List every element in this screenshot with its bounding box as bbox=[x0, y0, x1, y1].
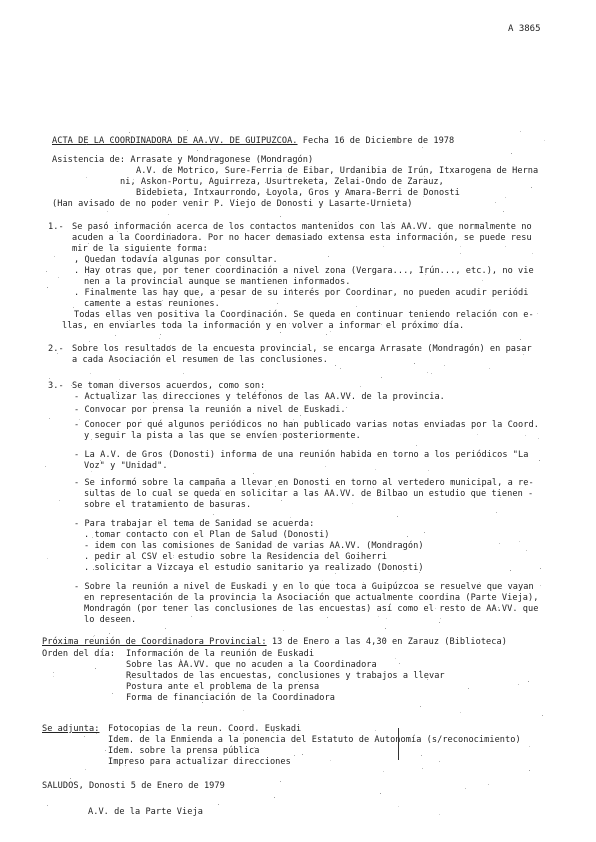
scan-noise bbox=[170, 345, 171, 346]
scan-noise bbox=[270, 192, 271, 193]
scan-noise bbox=[496, 512, 497, 513]
scan-noise bbox=[431, 373, 432, 374]
scan-noise bbox=[363, 582, 364, 583]
scan-noise bbox=[544, 140, 545, 141]
scan-noise bbox=[47, 558, 48, 559]
scan-noise bbox=[505, 197, 506, 198]
scan-noise bbox=[170, 233, 171, 234]
scan-noise bbox=[101, 356, 102, 357]
scan-noise bbox=[173, 555, 174, 556]
scan-noise bbox=[414, 363, 415, 364]
scan-noise bbox=[300, 184, 301, 185]
scan-noise bbox=[86, 144, 87, 145]
next-meeting-label: Próxima reunión de Coordinadora Provinci… bbox=[42, 637, 267, 647]
closing-salutation: SALUDOS, Donosti 5 de Enero de 1979 bbox=[42, 781, 225, 791]
scan-noise bbox=[373, 487, 374, 488]
item-1-line: mir de la siguiente forma: bbox=[72, 244, 208, 254]
scan-noise bbox=[125, 765, 126, 766]
scan-noise bbox=[159, 338, 160, 339]
scan-noise bbox=[109, 633, 110, 634]
scan-noise bbox=[498, 494, 499, 495]
item-3-bullet: - Actualizar las direcciones y teléfonos… bbox=[74, 392, 445, 402]
scan-noise bbox=[325, 466, 326, 467]
scan-noise bbox=[170, 407, 171, 408]
attendance-note: (Han avisado de no poder venir P. Viejo … bbox=[52, 199, 412, 209]
scan-noise bbox=[427, 372, 428, 373]
scan-noise bbox=[243, 733, 244, 734]
scan-noise bbox=[131, 467, 132, 468]
scan-noise bbox=[276, 238, 277, 239]
scan-noise bbox=[397, 516, 398, 517]
scan-noise bbox=[58, 277, 59, 278]
item-2-line: Sobre los resultados de la encuesta prov… bbox=[72, 344, 532, 354]
attendance-text: Arrasate y Mondragonese (Mondragón) bbox=[130, 155, 313, 165]
sanidad-item: . pedir al CSV el estudio sobre la Resid… bbox=[84, 552, 387, 562]
euskadi-line: lo deseen. bbox=[84, 615, 136, 625]
scan-noise bbox=[424, 176, 425, 177]
scan-noise bbox=[95, 668, 96, 669]
scan-noise bbox=[399, 663, 400, 664]
euskadi-line: - Sobre la reunión a nivel de Euskadi y … bbox=[74, 582, 534, 592]
scan-noise bbox=[391, 222, 392, 223]
scan-noise bbox=[280, 332, 281, 333]
scan-noise bbox=[215, 202, 216, 203]
scan-noise bbox=[163, 643, 164, 644]
scan-noise bbox=[247, 698, 248, 699]
scan-noise bbox=[161, 641, 162, 642]
item-3-bullet-cont: Voz" y "Unidad". bbox=[84, 461, 168, 471]
scan-noise bbox=[158, 520, 159, 521]
scan-noise bbox=[59, 500, 60, 501]
scan-noise bbox=[79, 419, 80, 420]
scan-noise bbox=[423, 196, 424, 197]
scan-noise bbox=[244, 317, 245, 318]
scan-noise bbox=[46, 271, 47, 272]
scan-noise bbox=[356, 306, 357, 307]
scan-noise bbox=[267, 739, 268, 740]
scan-noise bbox=[352, 503, 353, 504]
scan-noise bbox=[330, 331, 331, 332]
scan-noise bbox=[520, 131, 521, 132]
scan-noise bbox=[302, 754, 303, 755]
scan-noise bbox=[47, 805, 48, 806]
scan-noise bbox=[357, 190, 358, 191]
scan-noise bbox=[293, 436, 294, 437]
scan-noise bbox=[200, 555, 201, 556]
scan-noise bbox=[381, 324, 382, 325]
scan-noise bbox=[460, 253, 461, 254]
scan-noise bbox=[422, 147, 423, 148]
scan-noise bbox=[105, 344, 106, 345]
scan-noise bbox=[91, 471, 92, 472]
scan-noise bbox=[294, 755, 295, 756]
scan-noise bbox=[414, 314, 415, 315]
attachments-label: Se adjunta: bbox=[42, 724, 99, 734]
next-meeting-value: 13 de Enero a las 4,30 en Zarauz (Biblio… bbox=[272, 637, 507, 647]
scan-noise bbox=[420, 706, 421, 707]
scan-noise bbox=[371, 224, 372, 225]
scan-noise bbox=[419, 572, 420, 573]
scan-noise bbox=[540, 585, 541, 586]
scan-noise bbox=[382, 171, 383, 172]
scan-noise bbox=[328, 256, 329, 257]
scan-noise bbox=[49, 418, 50, 419]
scan-noise bbox=[166, 245, 167, 246]
scan-noise bbox=[107, 399, 108, 400]
scan-noise bbox=[465, 788, 466, 789]
document-title: ACTA DE LA COORDINADORA DE AA.VV. DE GUI… bbox=[52, 136, 454, 146]
euskadi-line: Mondragón (por tener las conclusiones de… bbox=[84, 604, 538, 614]
scan-noise bbox=[445, 223, 446, 224]
scan-noise bbox=[539, 460, 540, 461]
scan-noise bbox=[266, 192, 267, 193]
scan-noise bbox=[218, 804, 219, 805]
item-3-bullet-cont: y seguir la pista a las que se envíen po… bbox=[84, 431, 361, 441]
scan-noise bbox=[326, 334, 327, 335]
item-1-line: Se pasó información acerca de los contac… bbox=[72, 222, 532, 232]
scan-noise bbox=[538, 438, 539, 439]
scan-noise bbox=[482, 280, 483, 281]
scan-noise bbox=[300, 415, 301, 416]
item-2-line: a cada Asociación el resumen de las conc… bbox=[72, 355, 328, 365]
scan-noise bbox=[488, 784, 489, 785]
scan-noise bbox=[273, 732, 274, 733]
scan-noise bbox=[94, 635, 95, 636]
scan-noise bbox=[438, 323, 439, 324]
item-3-bullet: - La A.V. de Gros (Donosti) informa de u… bbox=[74, 450, 528, 460]
scan-noise bbox=[89, 341, 90, 342]
scan-noise bbox=[335, 573, 336, 574]
scan-noise bbox=[386, 618, 387, 619]
scan-noise bbox=[280, 434, 281, 435]
scan-noise bbox=[487, 455, 488, 456]
scan-noise bbox=[477, 434, 478, 435]
scan-noise bbox=[213, 514, 214, 515]
sanidad-item: . solicitar a Vizcaya el estudio sanitar… bbox=[84, 563, 424, 573]
scan-noise bbox=[270, 433, 271, 434]
attendance-line-1: A.V. de Motrico, Sure-Ferria de Eibar, U… bbox=[136, 166, 538, 176]
scan-noise bbox=[286, 176, 287, 177]
item-3-bullet-cont: sobre el tratamiento de basuras. bbox=[84, 500, 251, 510]
scan-noise bbox=[129, 132, 130, 133]
scan-noise bbox=[526, 550, 527, 551]
scan-noise bbox=[500, 497, 501, 498]
scan-noise bbox=[116, 391, 117, 392]
scan-noise bbox=[140, 419, 141, 420]
scan-noise bbox=[493, 312, 494, 313]
scan-noise bbox=[416, 445, 417, 446]
item-1-number: 1.- bbox=[48, 222, 64, 232]
scan-noise bbox=[330, 279, 331, 280]
scan-noise bbox=[265, 182, 266, 183]
scan-noise bbox=[110, 355, 111, 356]
item-1-closing: Todas ellas ven positiva la Coordinación… bbox=[74, 310, 534, 320]
scan-noise bbox=[157, 399, 158, 400]
scan-noise bbox=[115, 335, 116, 336]
scan-noise bbox=[218, 290, 219, 291]
scan-noise bbox=[532, 253, 533, 254]
scan-noise bbox=[317, 597, 318, 598]
scan-noise bbox=[479, 582, 480, 583]
title-date: Fecha 16 de Diciembre de 1978 bbox=[303, 136, 455, 146]
sanidad-item: - idem con las comisiones de Sanidad de … bbox=[84, 541, 424, 551]
scan-noise bbox=[380, 793, 381, 794]
scan-noise bbox=[91, 439, 92, 440]
scan-noise bbox=[421, 755, 422, 756]
scan-noise bbox=[529, 770, 530, 771]
scan-noise bbox=[439, 814, 440, 815]
scan-noise bbox=[173, 557, 174, 558]
attachment-item: Impreso para actualizar direcciones bbox=[108, 757, 291, 767]
scan-noise bbox=[251, 600, 252, 601]
scan-noise bbox=[511, 153, 512, 154]
scan-noise bbox=[537, 313, 538, 314]
agenda-item: Resultados de las encuestas, conclusione… bbox=[126, 671, 445, 681]
scan-noise bbox=[435, 608, 436, 609]
attendance-label: Asistencia de: bbox=[52, 155, 125, 165]
item-3-number: 3.- bbox=[48, 381, 64, 391]
scan-noise bbox=[90, 373, 91, 374]
scan-noise bbox=[90, 489, 91, 490]
scan-noise bbox=[293, 433, 294, 434]
scan-noise bbox=[105, 750, 106, 751]
scan-noise bbox=[289, 323, 290, 324]
item-2-number: 2.- bbox=[48, 344, 64, 354]
scan-noise bbox=[86, 177, 87, 178]
scan-noise bbox=[407, 536, 408, 537]
scan-noise bbox=[510, 570, 511, 571]
scan-noise bbox=[444, 365, 445, 366]
scan-noise bbox=[96, 733, 97, 734]
scan-noise bbox=[409, 201, 410, 202]
scan-noise bbox=[528, 681, 529, 682]
scan-noise bbox=[335, 365, 336, 366]
scan-noise bbox=[374, 183, 375, 184]
scan-noise bbox=[167, 436, 168, 437]
scanned-document-page: A 3865 ACTA DE LA COORDINADORA DE AA.VV.… bbox=[0, 0, 596, 842]
scan-noise bbox=[289, 174, 290, 175]
scan-noise bbox=[220, 265, 221, 266]
scan-noise bbox=[498, 607, 499, 608]
scan-noise bbox=[243, 710, 244, 711]
item-3-line: Se toman diversos acuerdos, como son: bbox=[72, 381, 265, 391]
scan-noise bbox=[112, 693, 113, 694]
scan-noise bbox=[428, 470, 429, 471]
scan-noise bbox=[122, 618, 123, 619]
scan-noise bbox=[45, 466, 46, 467]
scan-mark bbox=[398, 728, 399, 760]
scan-noise bbox=[210, 149, 211, 150]
scan-noise bbox=[168, 214, 169, 215]
scan-noise bbox=[375, 730, 376, 731]
scan-noise bbox=[520, 339, 521, 340]
scan-noise bbox=[378, 616, 379, 617]
scan-noise bbox=[518, 684, 519, 685]
scan-noise bbox=[529, 746, 530, 747]
scan-noise bbox=[113, 244, 114, 245]
scan-noise bbox=[53, 676, 54, 677]
scan-noise bbox=[292, 166, 293, 167]
scan-noise bbox=[290, 517, 291, 518]
scan-noise bbox=[250, 326, 251, 327]
item-1-bullet-cont: nen a la provincial aunque se mantienen … bbox=[84, 277, 350, 287]
item-1-line: acuden a la Coordinadora. Por no hacer d… bbox=[72, 233, 532, 243]
scan-noise bbox=[403, 571, 404, 572]
scan-noise bbox=[153, 402, 154, 403]
scan-noise bbox=[180, 659, 181, 660]
scan-noise bbox=[280, 216, 281, 217]
scan-noise bbox=[439, 761, 440, 762]
scan-noise bbox=[322, 580, 323, 581]
scan-noise bbox=[239, 257, 240, 258]
scan-noise bbox=[130, 679, 131, 680]
item-3-bullet-cont: sultas de lo cual se queda en solicitar … bbox=[84, 489, 533, 499]
scan-noise bbox=[88, 243, 89, 244]
scan-noise bbox=[160, 334, 161, 335]
scan-noise bbox=[49, 652, 50, 653]
scan-noise bbox=[330, 760, 331, 761]
scan-noise bbox=[388, 541, 389, 542]
scan-noise bbox=[395, 658, 396, 659]
scan-noise bbox=[519, 541, 520, 542]
scan-noise bbox=[105, 437, 106, 438]
scan-noise bbox=[542, 715, 543, 716]
scan-noise bbox=[187, 130, 188, 131]
scan-noise bbox=[525, 435, 526, 436]
scan-noise bbox=[202, 702, 203, 703]
scan-noise bbox=[422, 768, 423, 769]
scan-noise bbox=[439, 622, 440, 623]
scan-noise bbox=[199, 297, 200, 298]
scan-noise bbox=[88, 275, 89, 276]
scan-noise bbox=[57, 353, 58, 354]
title-heading: ACTA DE LA COORDINADORA DE AA.VV. DE GUI… bbox=[52, 136, 298, 146]
scan-noise bbox=[360, 386, 361, 387]
scan-noise bbox=[460, 246, 461, 247]
scan-noise bbox=[275, 486, 276, 487]
scan-noise bbox=[107, 211, 108, 212]
scan-noise bbox=[92, 537, 93, 538]
scan-noise bbox=[169, 296, 170, 297]
scan-noise bbox=[383, 771, 384, 772]
item-3-bullet: - Se informó sobre la campaña a llevar e… bbox=[74, 478, 534, 488]
agenda-item: Forma de financiación de la Coordinadora bbox=[126, 693, 335, 703]
attendance-line-3: Bidebieta, Intxaurrondo, Loyola, Gros y … bbox=[136, 188, 460, 198]
scan-noise bbox=[291, 289, 292, 290]
scan-noise bbox=[84, 736, 85, 737]
scan-noise bbox=[525, 485, 526, 486]
scan-noise bbox=[311, 494, 312, 495]
agenda-item: Sobre las AA.VV. que no acuden a la Coor… bbox=[126, 660, 377, 670]
scan-noise bbox=[253, 473, 254, 474]
scan-noise bbox=[49, 378, 50, 379]
scan-noise bbox=[338, 221, 339, 222]
scan-noise bbox=[53, 672, 54, 673]
scan-noise bbox=[398, 806, 399, 807]
scan-noise bbox=[281, 500, 282, 501]
item-3-bullet: - Conocer por qué algunos periódicos no … bbox=[74, 420, 539, 430]
scan-noise bbox=[440, 618, 441, 619]
item-1-bullet: . Hay otras que, por tener coordinación … bbox=[74, 266, 534, 276]
scan-noise bbox=[280, 781, 281, 782]
scan-noise bbox=[162, 300, 163, 301]
scan-noise bbox=[117, 231, 118, 232]
scan-noise bbox=[503, 211, 504, 212]
scan-noise bbox=[327, 617, 328, 618]
scan-noise bbox=[460, 712, 461, 713]
scan-noise bbox=[54, 256, 55, 257]
scan-noise bbox=[505, 246, 506, 247]
scan-noise bbox=[105, 305, 106, 306]
scan-noise bbox=[129, 320, 130, 321]
item-1-bullet: , Quedan todavía algunas por consultar. bbox=[74, 255, 278, 265]
scan-noise bbox=[383, 246, 384, 247]
archive-reference: A 3865 bbox=[508, 24, 541, 34]
scan-noise bbox=[499, 543, 500, 544]
scan-noise bbox=[112, 139, 113, 140]
scan-noise bbox=[93, 569, 94, 570]
scan-noise bbox=[225, 183, 226, 184]
next-meeting: Próxima reunión de Coordinadora Provinci… bbox=[42, 637, 507, 647]
scan-noise bbox=[197, 150, 198, 151]
scan-noise bbox=[220, 490, 221, 491]
scan-noise bbox=[191, 616, 192, 617]
scan-noise bbox=[71, 385, 72, 386]
scan-noise bbox=[346, 407, 347, 408]
attendance-line-0: Asistencia de: Arrasate y Mondragonese (… bbox=[52, 155, 313, 165]
scan-noise bbox=[381, 377, 382, 378]
scan-noise bbox=[252, 395, 253, 396]
scan-noise bbox=[427, 679, 428, 680]
agenda-item: Información de la reunión de Euskadi bbox=[126, 649, 314, 659]
euskadi-line: en representación de la provincia la Aso… bbox=[84, 593, 538, 603]
item-1-closing: llas, en enviarles toda la información y… bbox=[62, 321, 464, 331]
item-3-bullet: - Convocar por prensa la reunión a nivel… bbox=[74, 405, 346, 415]
attachment-item: Idem. sobre la prensa pública bbox=[108, 746, 260, 756]
scan-noise bbox=[283, 630, 284, 631]
scan-noise bbox=[385, 628, 386, 629]
scan-noise bbox=[350, 395, 351, 396]
scan-noise bbox=[165, 628, 166, 629]
scan-noise bbox=[119, 379, 120, 380]
scan-noise bbox=[417, 494, 418, 495]
agenda-label: Orden del día: bbox=[42, 649, 115, 659]
scan-noise bbox=[296, 567, 297, 568]
scan-noise bbox=[222, 584, 223, 585]
scan-noise bbox=[309, 347, 310, 348]
scan-noise bbox=[85, 769, 86, 770]
item-1-bullet: . Finalmente las hay que, a pesar de su … bbox=[74, 288, 528, 298]
scan-noise bbox=[540, 568, 541, 569]
scan-noise bbox=[298, 681, 299, 682]
scan-noise bbox=[223, 409, 224, 410]
scan-noise bbox=[340, 368, 341, 369]
scan-noise bbox=[523, 354, 524, 355]
scan-noise bbox=[47, 287, 48, 288]
attachment-item: Idem. de la Enmienda a la ponencia del E… bbox=[108, 735, 521, 745]
scan-noise bbox=[73, 307, 74, 308]
closing-signature: A.V. de la Parte Vieja bbox=[88, 807, 203, 817]
scan-noise bbox=[375, 469, 376, 470]
agenda-item: Postura ante el problema de la prensa bbox=[126, 682, 319, 692]
scan-noise bbox=[167, 165, 168, 166]
scan-noise bbox=[133, 179, 134, 180]
scan-noise bbox=[425, 274, 426, 275]
scan-noise bbox=[265, 390, 266, 391]
scan-noise bbox=[277, 303, 278, 304]
scan-noise bbox=[319, 358, 320, 359]
scan-noise bbox=[254, 747, 255, 748]
